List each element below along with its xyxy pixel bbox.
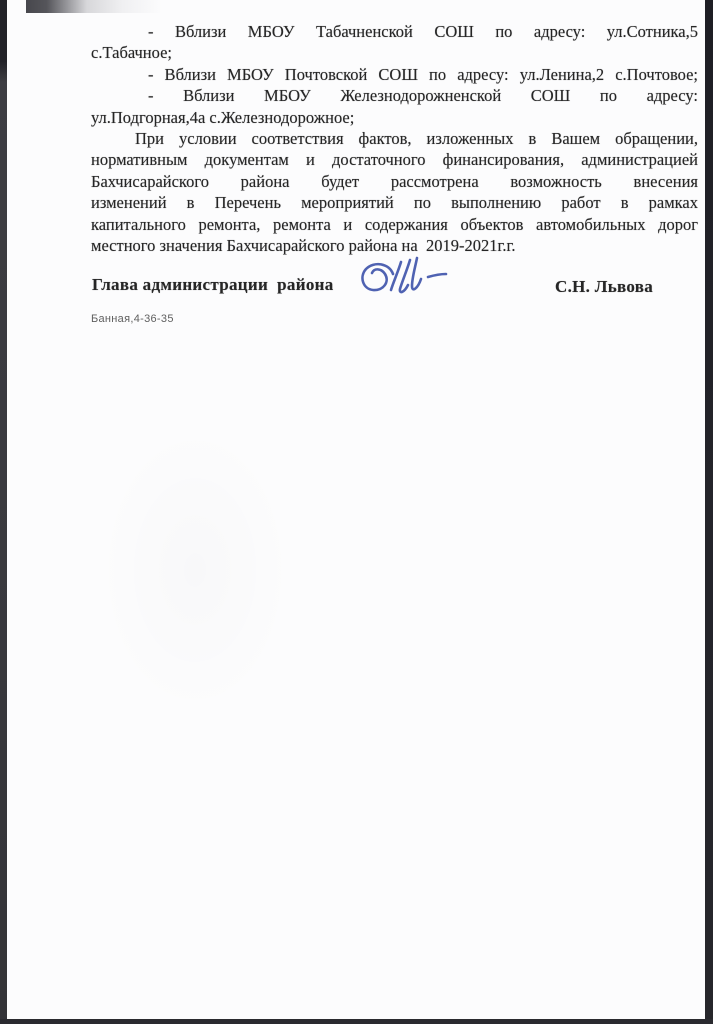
document-line: При условии соответствия фактов, изложен… — [91, 128, 698, 149]
signature-ink-path — [362, 258, 446, 292]
scanned-letter-page: - Вблизи МБОУ Табачненской СОШ по адресу… — [0, 0, 713, 1024]
scanner-edge-left — [0, 0, 7, 1024]
scan-noise-stain — [95, 420, 295, 720]
signatory-title: Глава администрации района — [92, 274, 334, 295]
signature-block: Глава администрации района С.Н. Львова — [91, 274, 698, 298]
document-line: - Вблизи МБОУ Железнодорожненской СОШ по… — [91, 85, 698, 106]
scan-artifact-top-left — [26, 0, 186, 13]
document-line: - Вблизи МБОУ Почтовской СОШ по адресу: … — [91, 64, 698, 85]
scanner-edge-right — [705, 0, 713, 1024]
document-line: нормативным документам и достаточного фи… — [91, 149, 698, 170]
scanner-edge-bottom — [0, 1019, 713, 1024]
document-line: изменений в Перечень мероприятий по выпо… — [91, 192, 698, 213]
signatory-name: С.Н. Львова — [555, 276, 653, 297]
document-line: - Вблизи МБОУ Табачненской СОШ по адресу… — [91, 21, 698, 42]
document-line: Бахчисарайского района будет рассмотрена… — [91, 171, 698, 192]
letter-body: - Вблизи МБОУ Табачненской СОШ по адресу… — [91, 21, 698, 331]
document-line: с.Табачное; — [91, 42, 698, 63]
signature-scribble — [351, 249, 485, 303]
document-line: ул.Подгорная,4а с.Железнодорожное; — [91, 107, 698, 128]
document-line: капитального ремонта, ремонта и содержан… — [91, 214, 698, 235]
phone-note: Банная,4-36-35 — [91, 309, 698, 330]
